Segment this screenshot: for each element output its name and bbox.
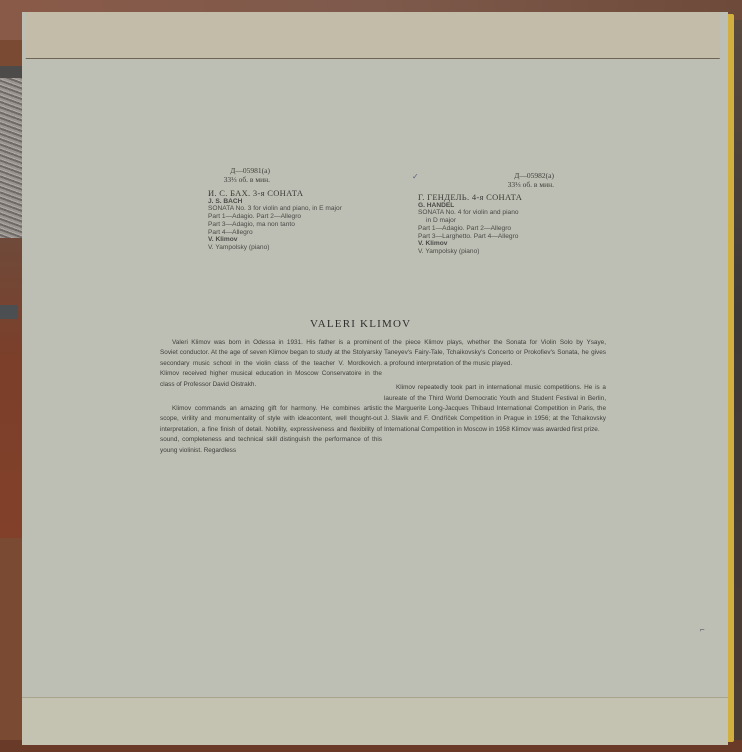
pen-mark: ⌐ — [700, 625, 705, 634]
top-flap — [26, 12, 720, 59]
background-left-wood — [0, 238, 22, 538]
side-a-movement: Part 1—Adagio. Part 2—Allegro — [208, 213, 408, 221]
side-a-performer: V. Klimov — [208, 236, 408, 244]
side-b-speed: 33⅓ об. в мин. — [484, 180, 554, 189]
background-left-dark-strip — [0, 305, 18, 319]
notes-heading: VALERI KLIMOV — [310, 318, 411, 330]
side-a-movement: Part 4—Allegro — [208, 229, 408, 237]
side-a-composer: J. S. BACH — [208, 198, 408, 206]
side-b-performer: V. Klimov — [418, 240, 618, 248]
side-b-work: SONATA No. 4 for violin and piano — [418, 209, 618, 217]
notes-paragraph: Valeri Klimov was born in Odessa in 1931… — [160, 338, 382, 390]
side-a-speed: 33⅓ об. в мин. — [196, 175, 270, 184]
notes-paragraph: Klimov repeatedly took part in internati… — [384, 383, 606, 435]
pen-mark: ✓ — [412, 172, 419, 181]
side-a-title-ru: И. С. БАХ. 3-я СОНАТА — [208, 190, 408, 198]
side-a-accompanist: V. Yampolsky (piano) — [208, 244, 408, 252]
notes-right-column: of the piece Klimov plays, whether the S… — [384, 338, 606, 449]
side-b-movement: Part 3—Larghetto. Part 4—Allegro — [418, 233, 618, 241]
side-b-composer: G. HANDEL — [418, 202, 618, 210]
notes-left-column: Valeri Klimov was born in Odessa in 1931… — [160, 338, 382, 470]
side-a-work: SONATA No. 3 for violin and piano, in E … — [208, 205, 408, 213]
side-b-movement: Part 1—Adagio. Part 2—Allegro — [418, 225, 618, 233]
side-a-movement: Part 3—Adagio, ma non tanto — [208, 221, 408, 229]
side-b-title-ru: Г. ГЕНДЕЛЬ. 4-я СОНАТА — [418, 194, 618, 202]
side-b-work-cont: in D major — [418, 217, 618, 225]
notes-paragraph: of the piece Klimov plays, whether the S… — [384, 338, 606, 369]
side-b-catalog: Д—05982(а) — [494, 171, 554, 180]
notes-paragraph: Klimov commands an amazing gift for harm… — [160, 404, 382, 456]
side-a-catalog: Д—05981(а) — [226, 166, 270, 175]
side-b-accompanist: V. Yampolsky (piano) — [418, 248, 618, 256]
bottom-flap — [22, 697, 728, 745]
